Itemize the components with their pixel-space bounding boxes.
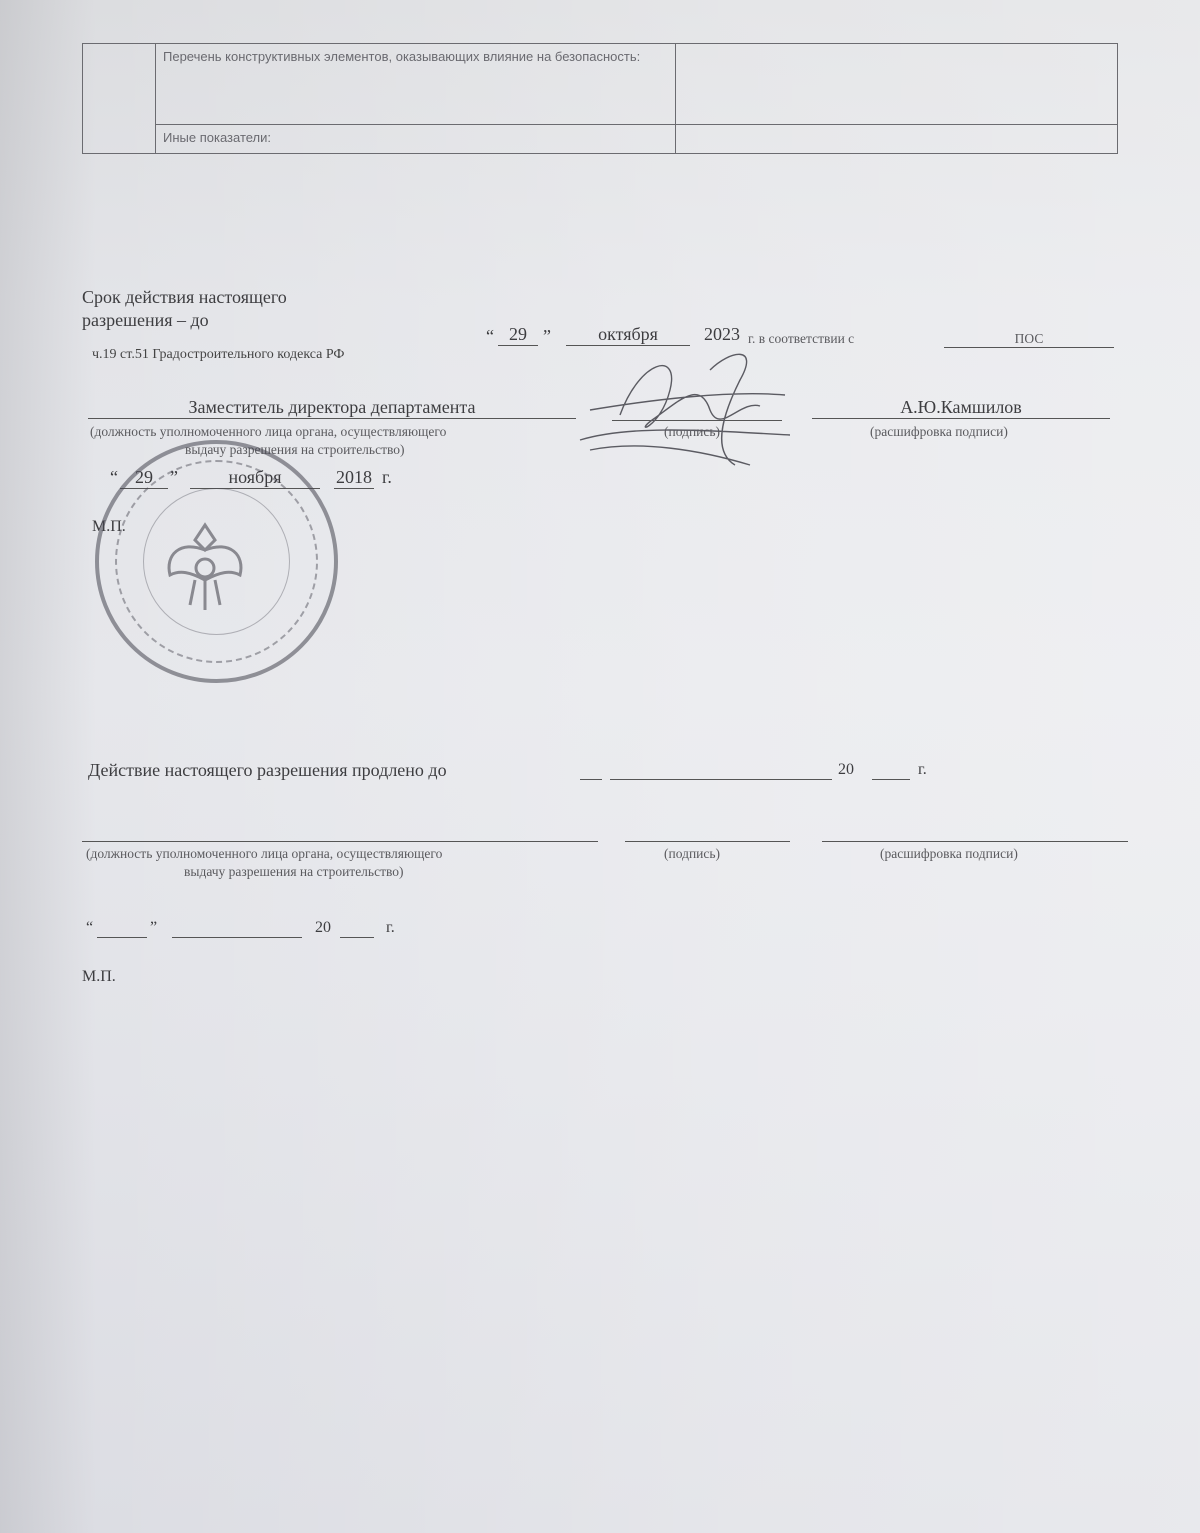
extension-day-blank — [580, 779, 602, 780]
table-cell-label: Иные показатели: — [156, 125, 676, 154]
signatory-position: Заместитель директора департамента — [88, 397, 576, 419]
validity-day: 29 — [498, 324, 538, 346]
extension-year-suffix: г. — [918, 761, 927, 779]
validity-open-quote: “ — [486, 326, 494, 347]
extension-position-caption-2: выдачу разрешения на строительство) — [184, 864, 404, 880]
extension-year-prefix: 20 — [838, 761, 854, 779]
extension-signature-caption: (подпись) — [664, 846, 720, 862]
sign-date-year: 2018 — [334, 467, 374, 489]
extension-date-year-blank — [340, 937, 374, 938]
table-row: Иные показатели: — [83, 125, 1118, 154]
extension-position-line — [82, 841, 598, 842]
table-cell-value — [676, 44, 1118, 125]
signatory-name-caption: (расшифровка подписи) — [870, 424, 1008, 440]
extension-position-caption-1: (должность уполномоченного лица органа, … — [86, 846, 442, 862]
extension-date-open-quote: “ — [86, 919, 93, 937]
table-cell-label: Перечень конструктивных элементов, оказы… — [156, 44, 676, 125]
extension-seal-label: М.П. — [82, 968, 116, 986]
validity-basis: ПОС — [944, 331, 1114, 348]
sign-date-open-quote: “ — [110, 467, 118, 488]
extension-date-day-blank — [97, 937, 147, 938]
extension-year-blank — [872, 779, 910, 780]
extension-date-year-prefix: 20 — [315, 919, 331, 937]
signatory-name: А.Ю.Камшилов — [812, 397, 1110, 419]
extension-name-line — [822, 841, 1128, 842]
table-row: Перечень конструктивных элементов, оказы… — [83, 44, 1118, 125]
extension-text: Действие настоящего разрешения продлено … — [88, 760, 447, 781]
table-cell-index — [83, 44, 156, 154]
extension-month-blank — [610, 779, 832, 780]
sign-date-suffix: г. — [382, 467, 392, 488]
coat-of-arms-icon — [150, 510, 260, 620]
handwritten-signature — [560, 340, 800, 470]
extension-date-month-blank — [172, 937, 302, 938]
extension-date-close-quote: ” — [150, 919, 157, 937]
extension-date-suffix: г. — [386, 919, 395, 937]
signatory-position-caption-1: (должность уполномоченного лица органа, … — [90, 424, 446, 440]
validity-close-quote: ” — [543, 326, 551, 347]
legal-reference: ч.19 ст.51 Градостроительного кодекса РФ — [92, 347, 345, 363]
validity-label-line2: разрешения – до — [82, 310, 209, 331]
extension-name-caption: (расшифровка подписи) — [880, 846, 1018, 862]
extension-signature-line — [625, 841, 790, 842]
table-cell-value — [676, 125, 1118, 154]
validity-label-line1: Срок действия настоящего — [82, 287, 287, 308]
indicators-table: Перечень конструктивных элементов, оказы… — [82, 43, 1118, 154]
